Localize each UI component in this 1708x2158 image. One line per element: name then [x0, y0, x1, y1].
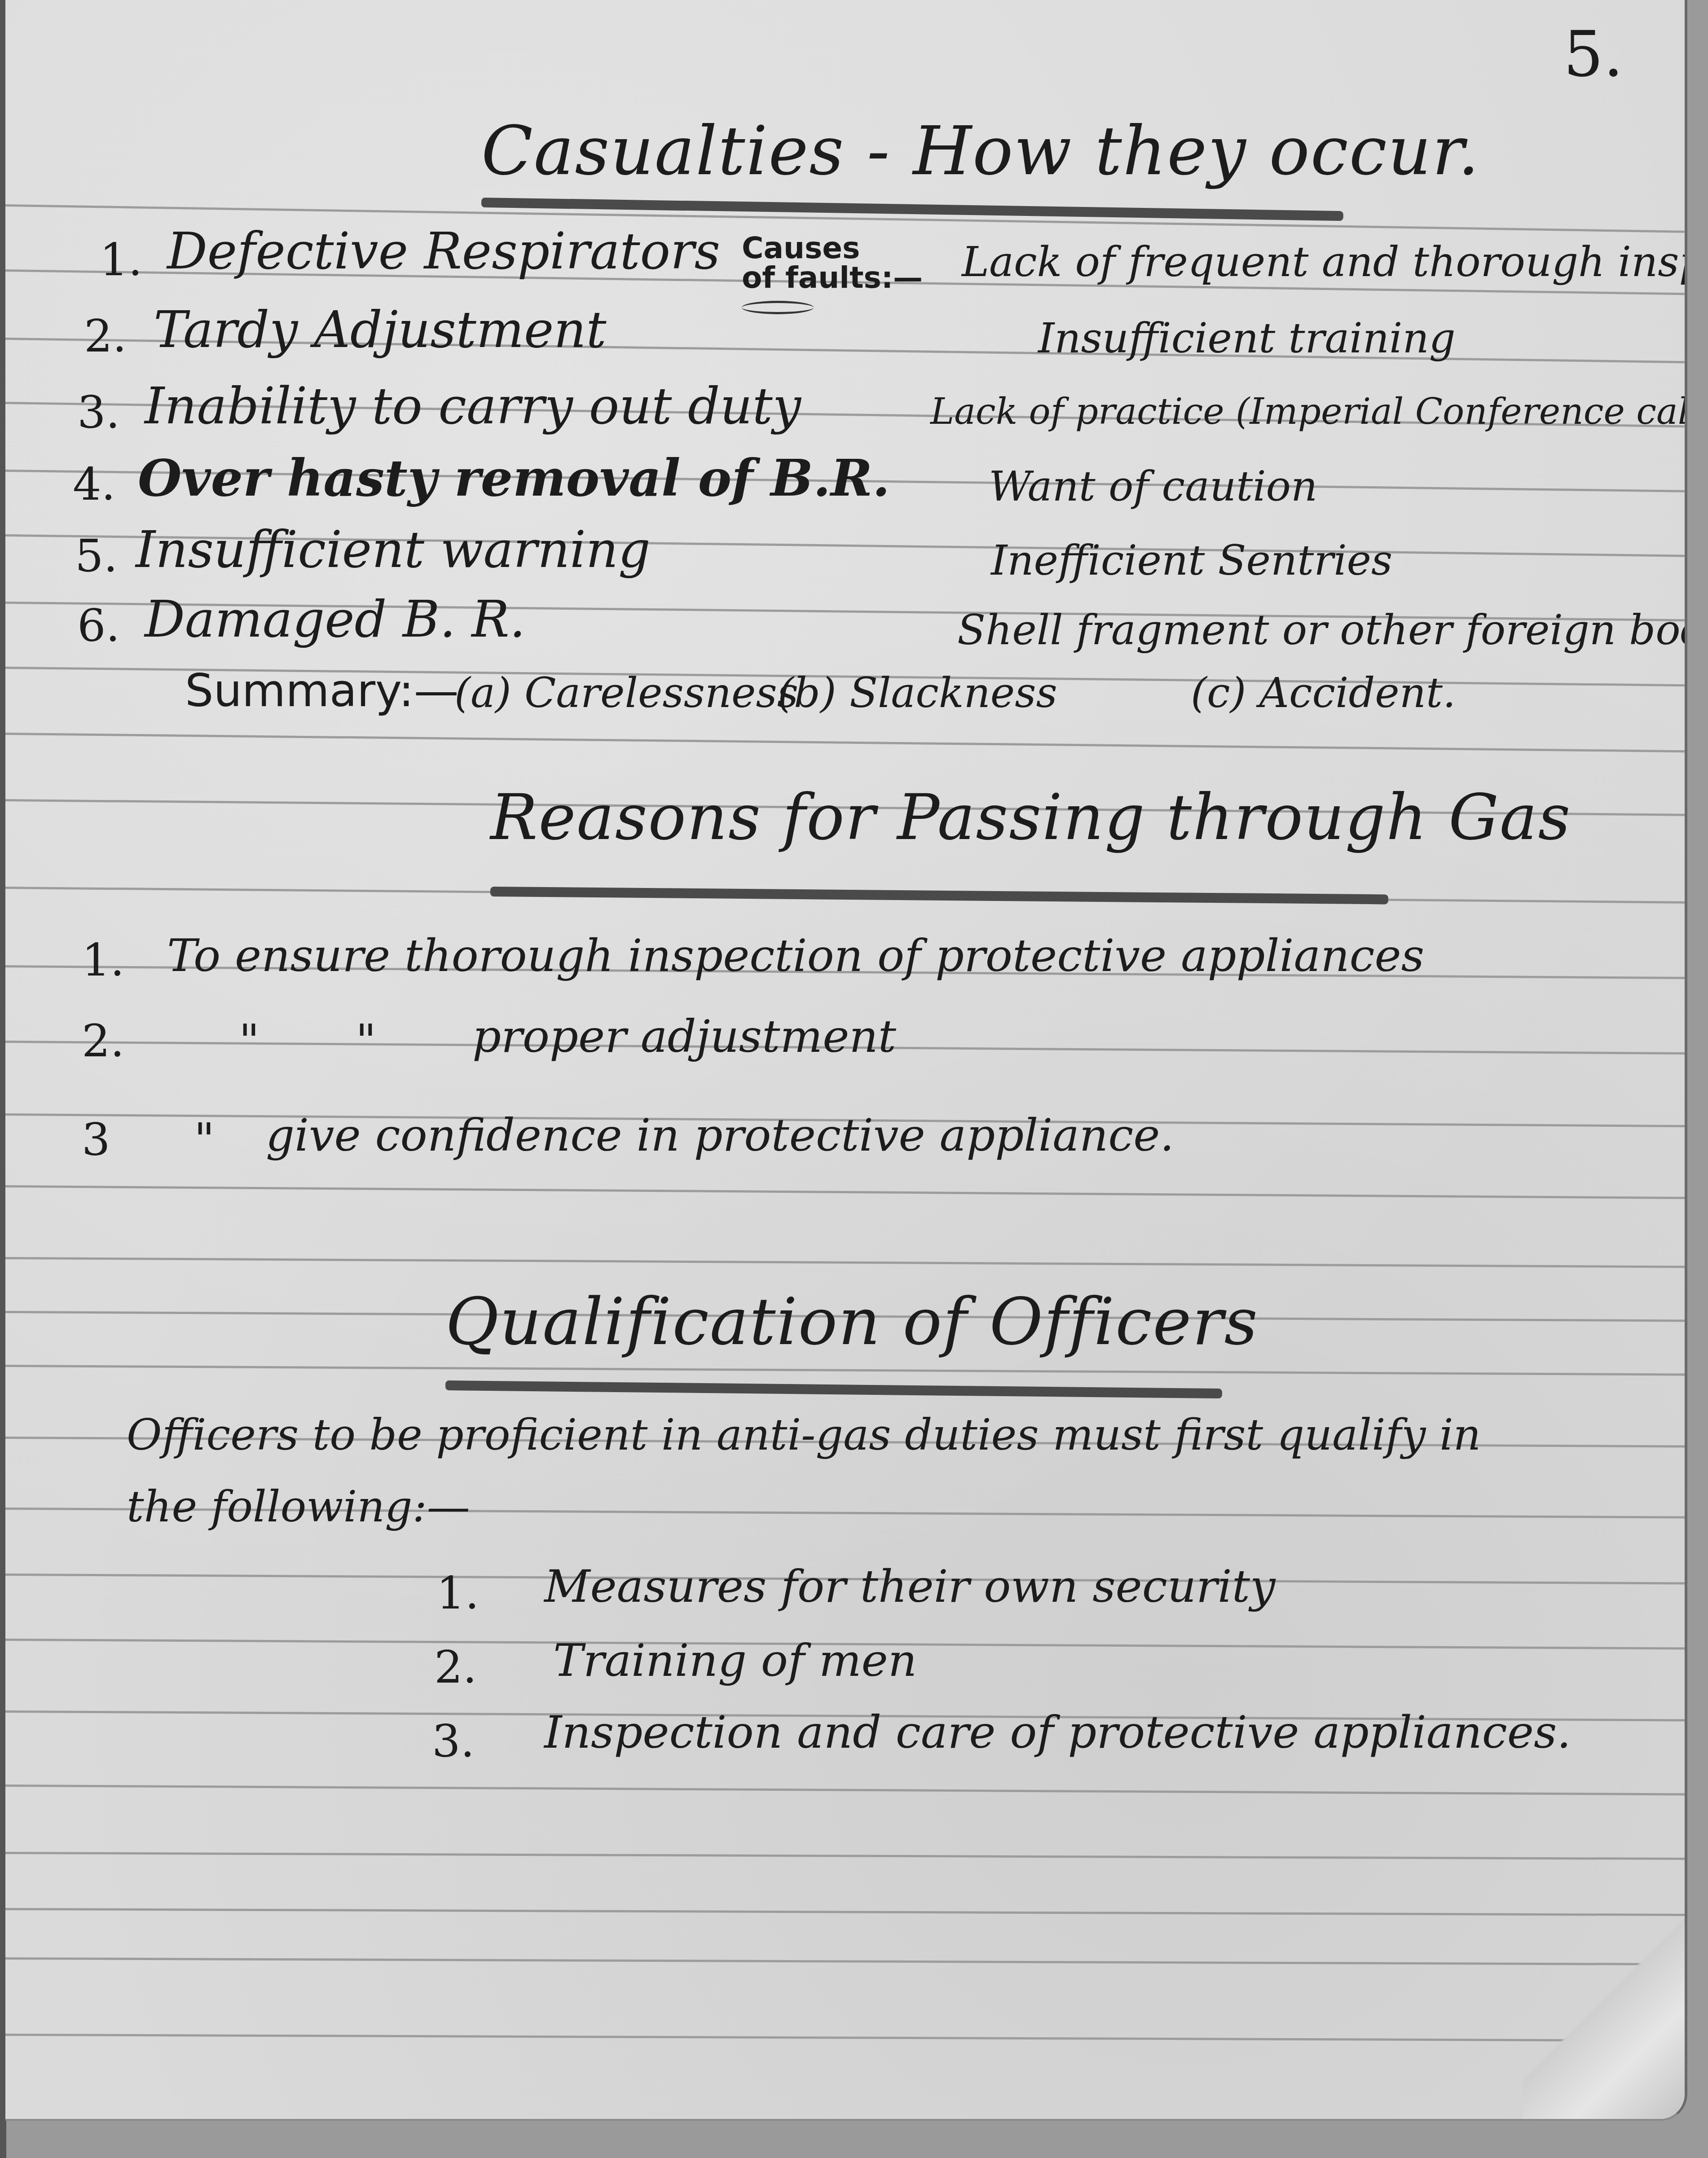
- reason-item-number: 1.: [82, 934, 124, 986]
- causes-of-faults-label: Causes of faults:—: [742, 233, 923, 314]
- reason-item-text: To ensure thorough inspection of protect…: [167, 929, 1424, 982]
- summary-label: Summary:—: [185, 664, 459, 717]
- ruled-line: [5, 733, 1685, 752]
- ruled-line: [5, 1365, 1685, 1376]
- dog-eared-corner: [1523, 1912, 1685, 2119]
- ruled-line: [5, 1908, 1685, 1916]
- summary-item-b: (b) Slackness: [778, 669, 1057, 717]
- qualification-intro-line2: the following:—: [127, 1481, 470, 1532]
- reason-item-number: 2.: [82, 1015, 124, 1067]
- casualty-item-text: Over hasty removal of B.R.: [138, 449, 890, 508]
- reason-item-text: proper adjustment: [472, 1010, 896, 1063]
- ruled-line: [5, 1257, 1685, 1268]
- notebook-page: 5. Casualties - How they occur. Causes o…: [5, 0, 1687, 2121]
- reason-item-number: 3: [82, 1113, 110, 1166]
- section-title-casualties: Casualties - How they occur.: [481, 112, 1480, 190]
- qualification-item-text: Inspection and care of protective applia…: [544, 1706, 1571, 1758]
- ditto-mark: ": [194, 1113, 215, 1166]
- ruled-line: [5, 1185, 1685, 1199]
- casualty-item-number: 5.: [75, 530, 118, 582]
- title-underline: [481, 198, 1343, 221]
- qualification-item-number: 1.: [436, 1567, 479, 1619]
- casualty-item-number: 2.: [84, 310, 127, 362]
- causes-label-line2: of faults:—: [742, 260, 923, 295]
- ruled-line: [5, 1852, 1685, 1860]
- casualty-item-number: 6.: [77, 599, 120, 652]
- casualty-item-number: 1.: [100, 233, 142, 286]
- section-title-qualification: Qualification of Officers: [445, 1284, 1259, 1360]
- casualty-item-number: 3.: [77, 386, 120, 439]
- casualty-cause-text: Lack of frequent and thorough inspection: [962, 238, 1687, 286]
- casualty-cause-text: Insufficient training: [1038, 314, 1456, 362]
- wavy-underline: [742, 301, 814, 314]
- casualty-item-text: Damaged B. R.: [145, 590, 525, 649]
- qualification-item-text: Training of men: [553, 1634, 917, 1687]
- title-underline: [445, 1380, 1222, 1398]
- summary-item-c: (c) Accident.: [1191, 669, 1456, 717]
- casualty-item-text: Inability to carry out duty: [145, 377, 801, 435]
- summary-item-a: (a) Carelessness: [454, 669, 798, 717]
- ruled-line: [5, 1784, 1685, 1796]
- ditto-mark: ": [239, 1015, 260, 1067]
- casualty-cause-text: Want of caution: [989, 462, 1317, 510]
- page-number: 5.: [1563, 18, 1624, 91]
- casualty-cause-text: Lack of practice (Imperial Conference ca…: [930, 391, 1687, 432]
- ruled-line: [5, 2034, 1685, 2042]
- casualty-item-text: Defective Respirators: [167, 222, 720, 281]
- qualification-item-text: Measures for their own security: [544, 1560, 1276, 1613]
- title-underline: [490, 887, 1388, 904]
- ditto-mark: ": [356, 1015, 376, 1067]
- casualty-cause-text: Inefficient Sentries: [991, 536, 1392, 585]
- casualty-cause-text: Shell fragment or other foreign body.: [957, 606, 1687, 654]
- section-title-reasons: Reasons for Passing through Gas: [490, 781, 1571, 854]
- casualty-item-number: 4.: [73, 458, 115, 510]
- qualification-item-number: 3.: [432, 1715, 475, 1767]
- reason-item-text: give confidence in protective appliance.: [266, 1109, 1174, 1161]
- casualty-item-text: Tardy Adjustment: [154, 301, 606, 359]
- casualty-item-text: Insufficient warning: [136, 521, 651, 579]
- ruled-line: [5, 1957, 1685, 1965]
- qualification-intro-line1: Officers to be proficient in anti-gas du…: [127, 1410, 1481, 1460]
- qualification-item-number: 2.: [434, 1641, 477, 1693]
